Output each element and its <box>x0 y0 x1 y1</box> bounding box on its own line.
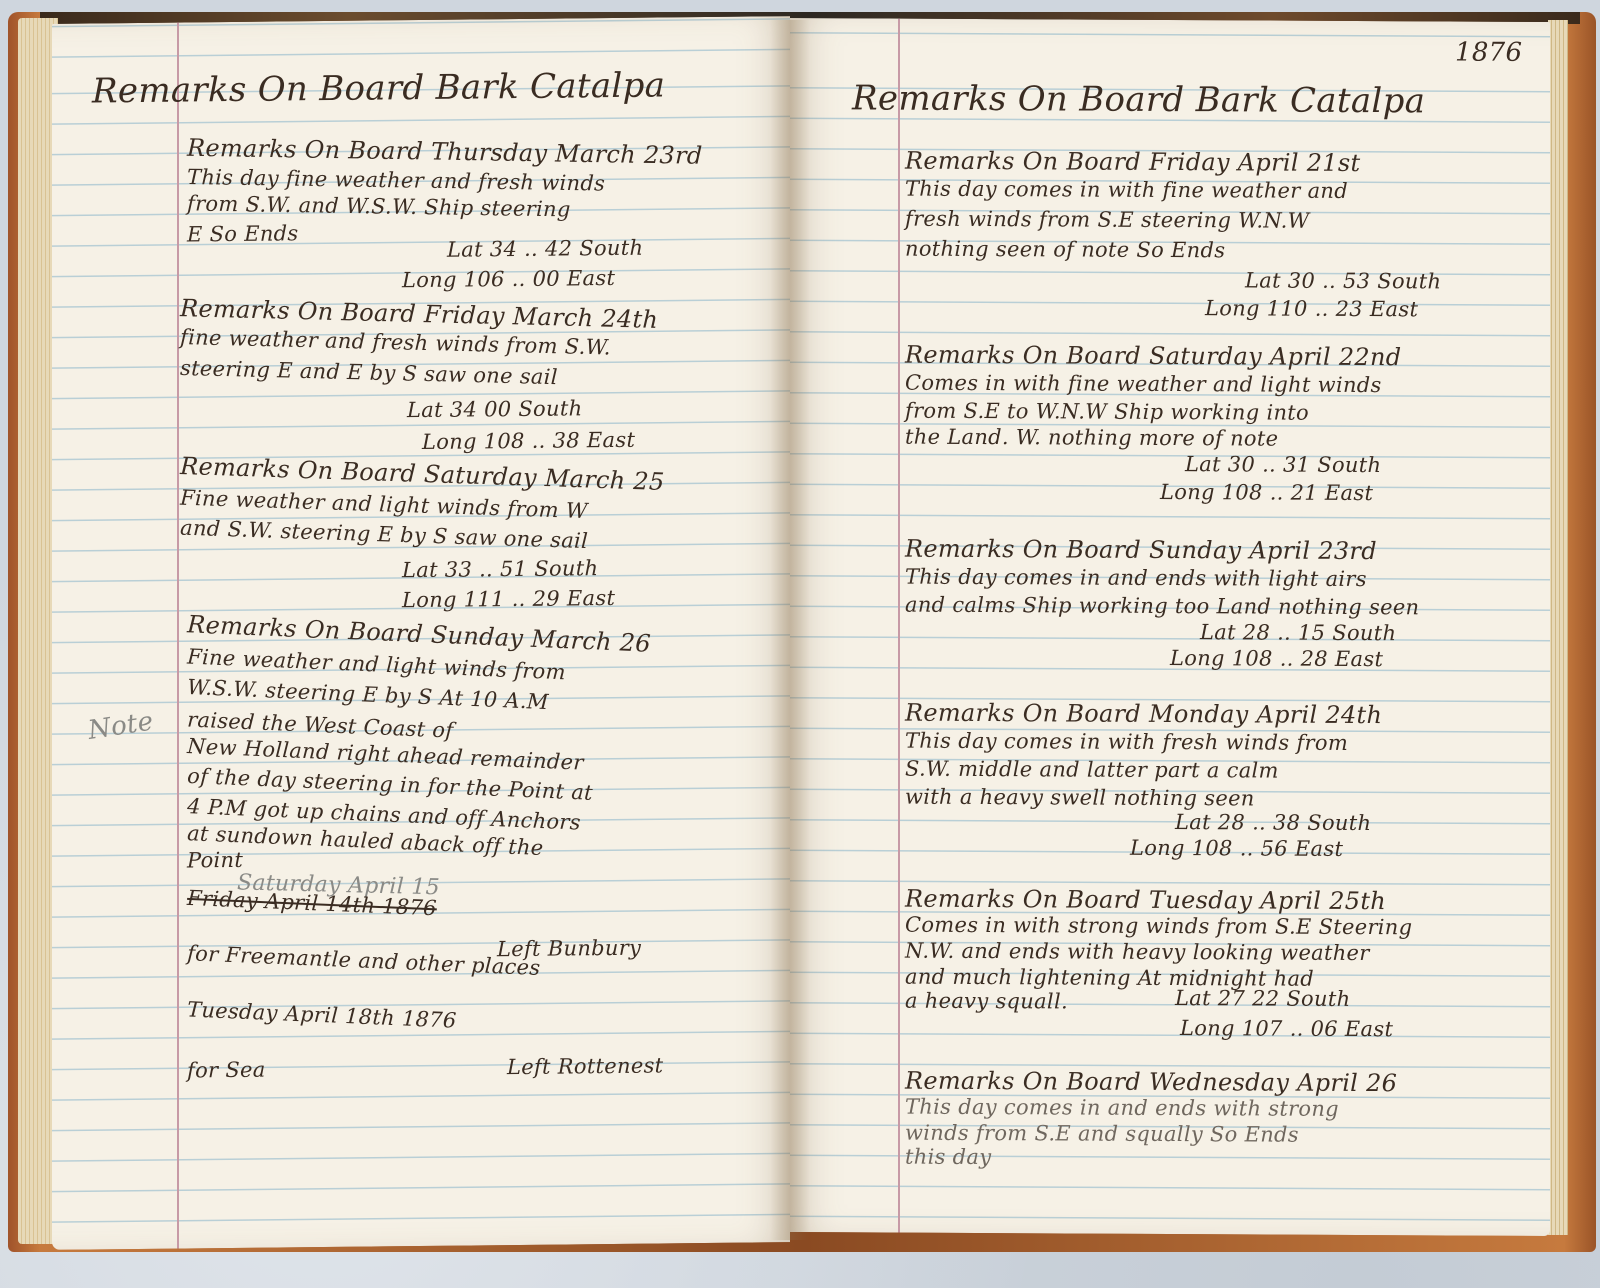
right-page: 1876 Remarks On Board Bark Catalpa Remar… <box>790 18 1550 1236</box>
longitude: Long 108 .. 38 East <box>422 428 635 454</box>
margin-rule <box>177 23 179 1249</box>
departure-destination: for Freemantle and other places <box>187 941 541 980</box>
margin-note: Note <box>86 706 155 745</box>
page-heading: Remarks On Board Bark Catalpa <box>852 78 1425 121</box>
entry-line: Comes in with strong winds from S.E Stee… <box>905 913 1412 940</box>
entry-line: This day comes in with fine weather and <box>905 177 1348 203</box>
longitude: Long 108 .. 28 East <box>1170 646 1383 671</box>
year-mark: 1876 <box>1455 37 1522 67</box>
longitude: Long 107 .. 06 East <box>1180 1016 1393 1041</box>
entry-title: Remarks On Board Monday April 24th <box>905 699 1382 729</box>
page-heading: Remarks On Board Bark Catalpa <box>92 65 665 111</box>
latitude: Lat 34 .. 42 South <box>447 236 643 262</box>
entry-line: E So Ends <box>187 221 298 246</box>
entry-line: steering E and E by S saw one sail <box>180 356 558 389</box>
latitude: Lat 34 00 South <box>407 396 582 422</box>
entry-line: this day <box>905 1145 991 1169</box>
longitude: Long 110 .. 23 East <box>1205 296 1418 321</box>
entry-line: a heavy squall. <box>905 989 1068 1014</box>
longitude: Long 111 .. 29 East <box>402 586 615 612</box>
entry-title: Remarks On Board Tuesday April 25th <box>905 885 1386 916</box>
page-edges-right <box>1548 20 1568 1235</box>
longitude: Long 108 .. 56 East <box>1130 836 1343 861</box>
departure-destination: for Sea <box>187 1058 266 1083</box>
entry-line: with a heavy swell nothing seen <box>905 785 1255 811</box>
entry-title: Remarks On Board Saturday April 22nd <box>905 341 1401 372</box>
latitude: Lat 30 .. 31 South <box>1185 452 1381 477</box>
margin-rule <box>898 19 900 1233</box>
entry-line: This day comes in with fresh winds from <box>905 729 1348 755</box>
entry-line: winds from S.E and squally So Ends <box>905 1121 1299 1147</box>
entry-line: N.W. and ends with heavy looking weather <box>905 939 1370 965</box>
entry-line: fresh winds from S.E steering W.N.W <box>905 207 1310 233</box>
entry-line: from S.E to W.N.W Ship working into <box>905 399 1309 425</box>
departure-signature: Left Rottenest <box>507 1053 663 1079</box>
entry-title: Remarks On Board Thursday March 23rd <box>187 134 703 170</box>
entry-line: the Land. W. nothing more of note <box>905 425 1278 451</box>
latitude: Lat 28 .. 15 South <box>1200 620 1396 645</box>
entry-line: and calms Ship working too Land nothing … <box>905 593 1419 620</box>
entry-line: This day fine weather and fresh winds <box>187 165 606 196</box>
latitude: Lat 27 22 South <box>1175 986 1350 1011</box>
left-page: Remarks On Board Bark Catalpa Remarks On… <box>52 16 790 1250</box>
longitude: Long 108 .. 21 East <box>1160 480 1373 505</box>
latitude: Lat 30 .. 53 South <box>1245 268 1441 293</box>
entry-title: Remarks On Board Friday April 21st <box>905 147 1360 177</box>
entry-line: nothing seen of note So Ends <box>905 237 1225 263</box>
entry-line: S.W. middle and latter part a calm <box>905 757 1279 783</box>
entry-title: Remarks On Board Wednesday April 26 <box>905 1067 1397 1098</box>
entry-title: Remarks On Board Sunday April 23rd <box>905 535 1377 565</box>
entry-line: Comes in with fine weather and light win… <box>905 371 1382 397</box>
entry-line: Point <box>187 848 243 873</box>
departure-date: Tuesday April 18th 1876 <box>187 997 458 1032</box>
departure-signature: Left Bunbury <box>497 936 641 962</box>
latitude: Lat 33 .. 51 South <box>402 556 598 582</box>
entry-line: from S.W. and W.S.W. Ship steering <box>187 191 571 221</box>
entry-line: This day comes in and ends with light ai… <box>905 565 1367 591</box>
entry-line: and S.W. steering E by S saw one sail <box>180 516 589 554</box>
latitude: Lat 28 .. 38 South <box>1175 810 1371 835</box>
longitude: Long 106 .. 00 East <box>402 266 615 292</box>
entry-line: This day comes in and ends with strong <box>905 1095 1339 1121</box>
